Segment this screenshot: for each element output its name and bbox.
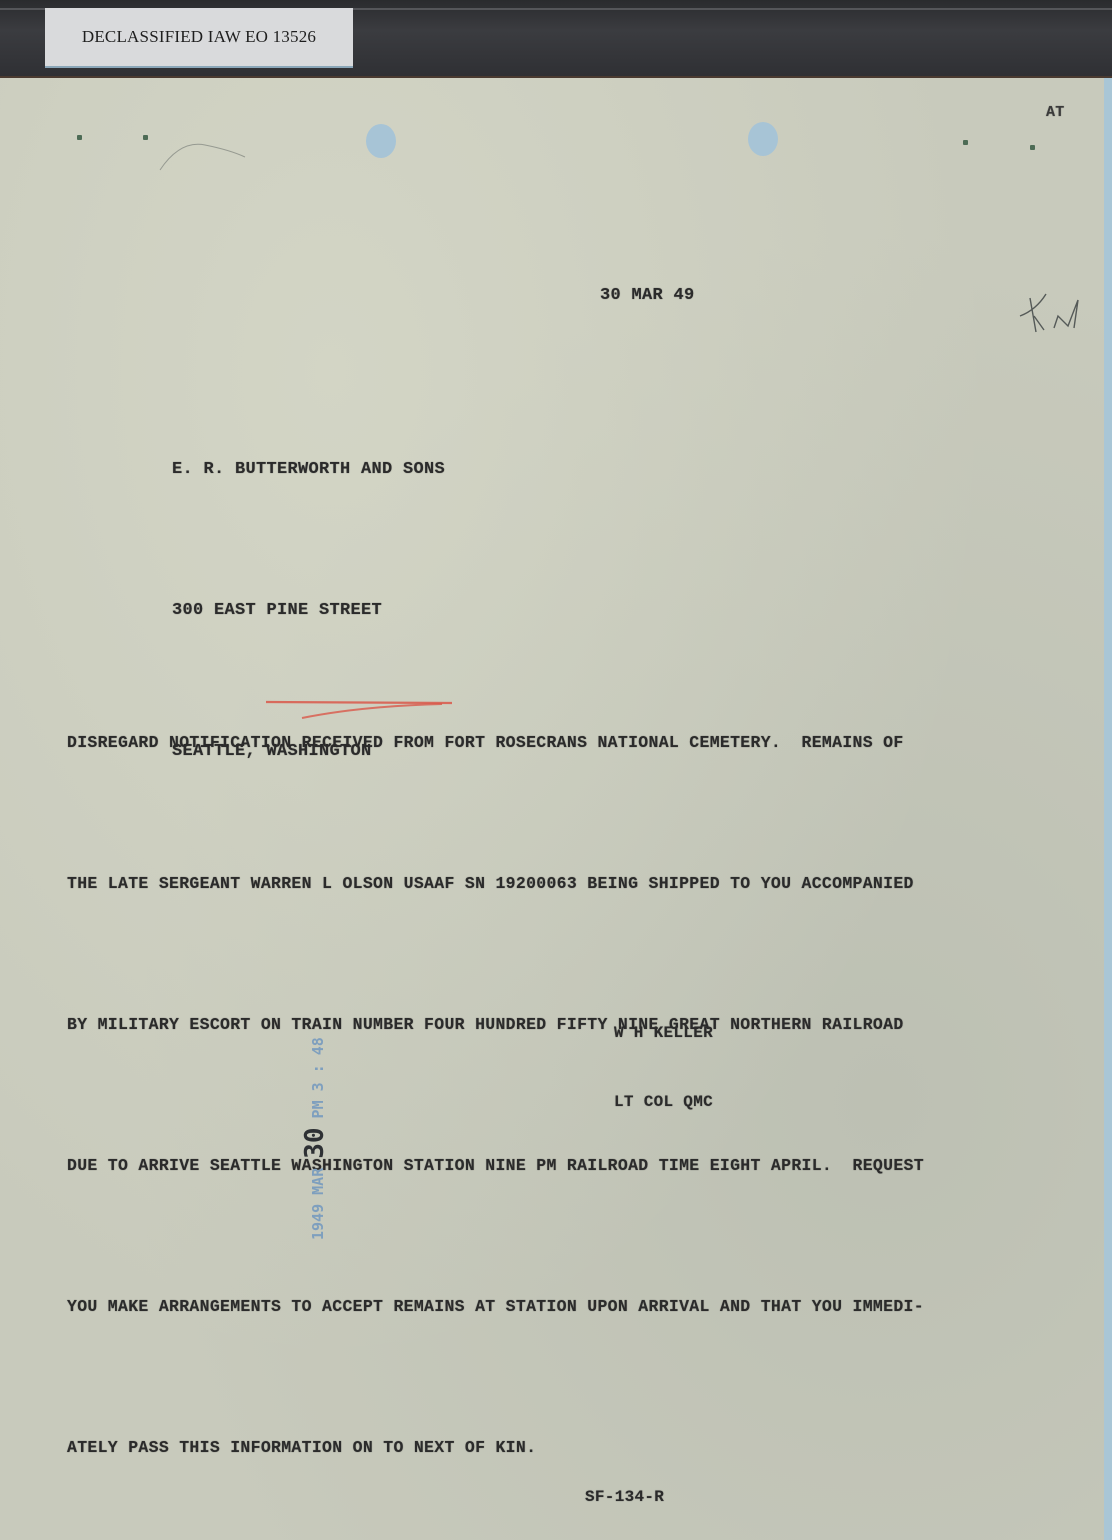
body-line: DUE TO ARRIVE SEATTLE WASHINGTON STATION… — [67, 1142, 924, 1189]
message-body: DISREGARD NOTIFICATION RECEIVED FROM FOR… — [67, 625, 924, 1518]
staple-mark-icon — [1030, 145, 1035, 150]
form-number: SF-134-R — [585, 1488, 664, 1506]
body-line: DISREGARD NOTIFICATION RECEIVED FROM FOR… — [67, 719, 924, 766]
routing-code: AT — [1046, 104, 1065, 121]
staple-mark-icon — [77, 135, 82, 140]
addressee-name: E. R. BUTTERWORTH AND SONS — [172, 446, 445, 493]
document-date: 30 MAR 49 — [600, 286, 695, 305]
punch-hole-right-icon — [748, 122, 778, 156]
declassification-label: DECLASSIFIED IAW EO 13526 — [45, 8, 353, 68]
signer-name: W H KELLER — [614, 1022, 713, 1045]
signature-block: W H KELLER LT COL QMC — [614, 976, 713, 1137]
scanner-header-bar: DECLASSIFIED IAW EO 13526 — [0, 0, 1112, 78]
red-pencil-underline-icon — [262, 698, 484, 722]
body-line: BY MILITARY ESCORT ON TRAIN NUMBER FOUR … — [67, 1001, 924, 1048]
received-time-stamp: 1949 MAR 30 PM 3 : 48 — [300, 1037, 330, 1240]
handwritten-initials-icon — [1014, 290, 1088, 340]
staple-mark-icon — [963, 140, 968, 145]
page-edge — [1104, 78, 1112, 1540]
stamp-time: PM 3 : 48 — [309, 1037, 327, 1118]
stamp-day: 30 — [300, 1127, 330, 1158]
body-line: THE LATE SERGEANT WARREN L OLSON USAAF S… — [67, 860, 924, 907]
stamp-year-month: 1949 MAR — [309, 1168, 327, 1240]
punch-hole-left-icon — [366, 124, 396, 158]
signer-title: LT COL QMC — [614, 1091, 713, 1114]
staple-mark-icon — [143, 135, 148, 140]
body-line: YOU MAKE ARRANGEMENTS TO ACCEPT REMAINS … — [67, 1283, 924, 1330]
pencil-stroke-icon — [150, 135, 250, 175]
body-line: ATELY PASS THIS INFORMATION ON TO NEXT O… — [67, 1424, 924, 1471]
